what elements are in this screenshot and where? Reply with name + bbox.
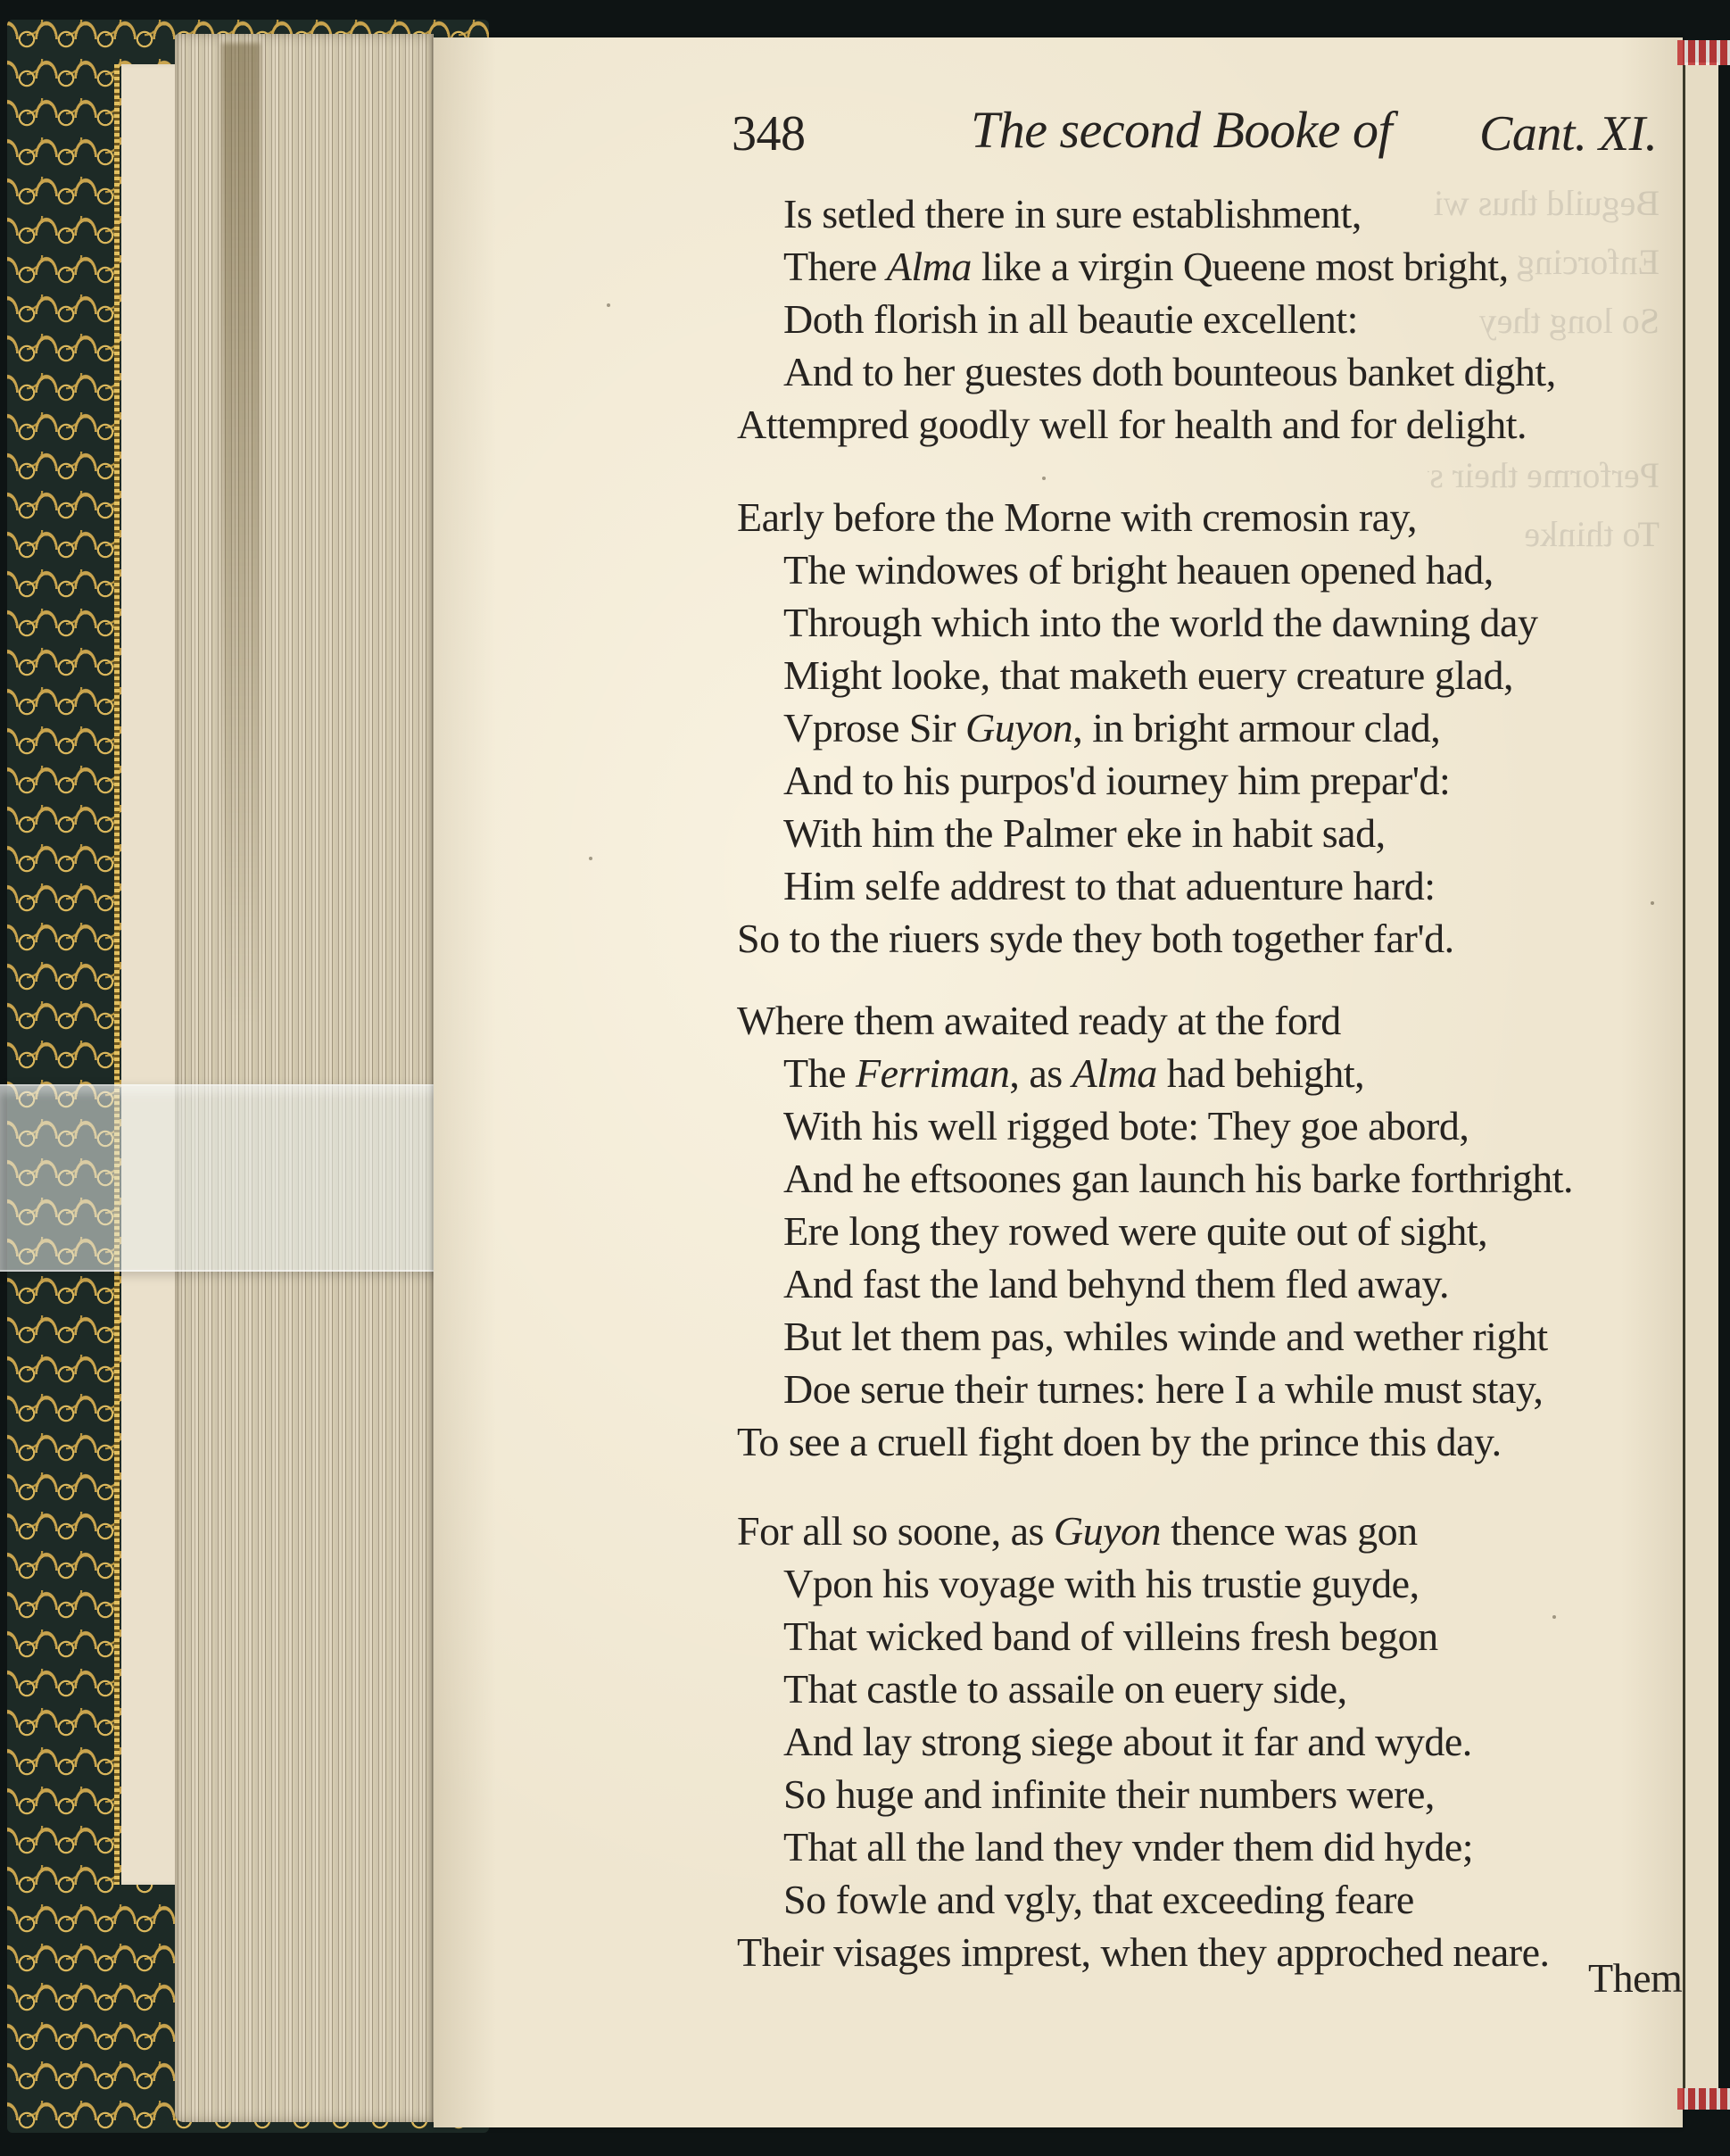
- headband-bottom: [1677, 2088, 1730, 2110]
- verse-line: And to his purpos'd iourney him prepar'd…: [737, 754, 1683, 807]
- verse-line: With his well rigged bote: They goe abor…: [737, 1099, 1683, 1152]
- stanza: Where them awaited ready at the ford The…: [737, 994, 1683, 1468]
- verse-line: The Ferriman, as Alma had behight,: [737, 1047, 1683, 1099]
- verse-line: Through which into the world the dawning…: [737, 596, 1683, 649]
- verse-line: That all the land they vnder them did hy…: [737, 1820, 1683, 1873]
- page-weight: [0, 1084, 475, 1272]
- verse-line: Attempred goodly well for health and for…: [737, 398, 1683, 451]
- running-head: 348 The second Booke of Cant. XI.: [732, 105, 1660, 177]
- next-page-edge: [1683, 62, 1718, 2088]
- verse-line: Ere long they rowed were quite out of si…: [737, 1205, 1683, 1257]
- verse-line: Early before the Morne with cremosin ray…: [737, 491, 1683, 543]
- verse-line: Him selfe addrest to that aduenture hard…: [737, 859, 1683, 912]
- verse-line: And to her guestes doth bounteous banket…: [737, 345, 1683, 398]
- italic-name: Ferriman: [856, 1050, 1009, 1096]
- verse-line: So to the riuers syde they both together…: [737, 912, 1683, 965]
- verse-line: Their visages imprest, when they approch…: [737, 1926, 1683, 1978]
- verse-line: So fowle and vgly, that exceeding feare: [737, 1873, 1683, 1926]
- verse-line: Might looke, that maketh euery creature …: [737, 649, 1683, 701]
- verse-line: Where them awaited ready at the ford: [737, 994, 1683, 1047]
- verse-line: With him the Palmer eke in habit sad,: [737, 807, 1683, 859]
- italic-name: Alma: [1072, 1050, 1157, 1096]
- italic-name: Guyon: [965, 705, 1072, 750]
- verse-line: And fast the land behynd them fled away.: [737, 1257, 1683, 1310]
- verse-line: To see a cruell fight doen by the prince…: [737, 1415, 1683, 1468]
- stanza: Is setled there in sure establishment, T…: [737, 187, 1683, 451]
- verse-line: Vprose Sir Guyon, in bright armour clad,: [737, 701, 1683, 754]
- verse-line: And he eftsoones gan launch his barke fo…: [737, 1152, 1683, 1205]
- catchword: Them: [1588, 1954, 1682, 2002]
- verse-line: Is setled there in sure establishment,: [737, 187, 1683, 240]
- verse-line: So huge and infinite their numbers were,: [737, 1768, 1683, 1820]
- verse-line: For all so soone, as Guyon thence was go…: [737, 1505, 1683, 1557]
- verse-line: The windowes of bright heauen opened had…: [737, 543, 1683, 596]
- italic-name: Alma: [887, 244, 972, 289]
- headband-top: [1677, 40, 1730, 65]
- verse-line: There Alma like a virgin Queene most bri…: [737, 240, 1683, 293]
- stanza: For all so soone, as Guyon thence was go…: [737, 1505, 1683, 1978]
- verse-line: That castle to assaile on euery side,: [737, 1663, 1683, 1715]
- verse-line: But let them pas, whiles winde and wethe…: [737, 1310, 1683, 1363]
- verse-line: Doe serue their turnes: here I a while m…: [737, 1363, 1683, 1415]
- verse-line: And lay strong siege about it far and wy…: [737, 1715, 1683, 1768]
- running-title: The second Booke of: [971, 100, 1392, 160]
- stanza: Early before the Morne with cremosin ray…: [737, 491, 1683, 965]
- verse-line: Doth florish in all beautie excellent:: [737, 293, 1683, 345]
- cover-gilt-border: [114, 64, 120, 1885]
- canto-label: Cant. XI.: [1479, 105, 1657, 162]
- verse-line: Vpon his voyage with his trustie guyde,: [737, 1557, 1683, 1610]
- page-number: 348: [732, 105, 806, 162]
- page-edges-stack: [175, 34, 434, 2122]
- verse-line: That wicked band of villeins fresh begon: [737, 1610, 1683, 1663]
- italic-name: Guyon: [1054, 1508, 1161, 1554]
